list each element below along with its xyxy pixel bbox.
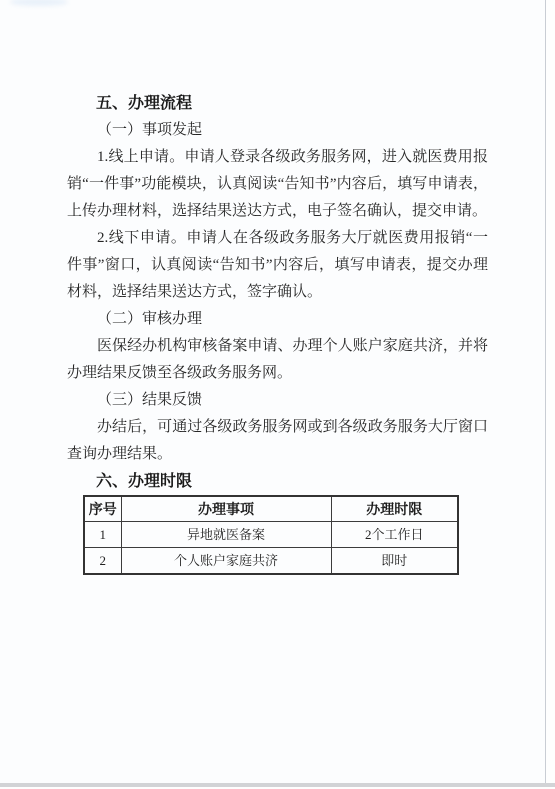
- document-content: 五、办理流程 （一）事项发起 1.线上申请。申请人登录各级政务服务网，进入就医费…: [67, 90, 488, 575]
- table-header-item: 办理事项: [121, 496, 331, 522]
- table-row: 1 异地就医备案 2个工作日: [84, 522, 458, 548]
- subsection-heading-review: （二）审核办理: [67, 306, 488, 333]
- table-cell-item: 异地就医备案: [121, 522, 331, 548]
- section-heading-time-limit: 六、办理时限: [67, 468, 488, 495]
- section-heading-process: 五、办理流程: [67, 90, 488, 117]
- table-cell-limit: 即时: [331, 548, 458, 575]
- table-header-row: 序号 办理事项 办理时限: [84, 496, 458, 522]
- subsection-heading-initiation: （一）事项发起: [67, 117, 488, 144]
- scanned-document-canvas: 五、办理流程 （一）事项发起 1.线上申请。申请人登录各级政务服务网，进入就医费…: [0, 0, 555, 789]
- paragraph-feedback: 办结后，可通过各级政务服务网或到各级政务服务大厅窗口查询办理结果。: [67, 414, 488, 468]
- table-cell-index: 1: [84, 522, 121, 548]
- table-cell-index: 2: [84, 548, 121, 575]
- paragraph-online-application: 1.线上申请。申请人登录各级政务服务网，进入就医费用报销“一件事”功能模块，认真…: [67, 144, 488, 225]
- time-limit-table: 序号 办理事项 办理时限 1 异地就医备案 2个工作日 2 个人账户家庭共济 即…: [83, 495, 459, 575]
- page-bottom-edge: [0, 783, 555, 787]
- table-cell-item: 个人账户家庭共济: [121, 548, 331, 575]
- table-cell-limit: 2个工作日: [331, 522, 458, 548]
- document-page: 五、办理流程 （一）事项发起 1.线上申请。申请人登录各级政务服务网，进入就医费…: [0, 0, 546, 783]
- table-header-index: 序号: [84, 496, 121, 522]
- table-row: 2 个人账户家庭共济 即时: [84, 548, 458, 575]
- table-header-limit: 办理时限: [331, 496, 458, 522]
- paragraph-offline-application: 2.线下申请。申请人在各级政务服务大厅就医费用报销“一件事”窗口，认真阅读“告知…: [67, 225, 488, 306]
- subsection-heading-feedback: （三）结果反馈: [67, 387, 488, 414]
- scan-smudge-artifact: [10, 0, 68, 6]
- paragraph-review: 医保经办机构审核备案申请、办理个人账户家庭共济，并将办理结果反馈至各级政务服务网…: [67, 333, 488, 387]
